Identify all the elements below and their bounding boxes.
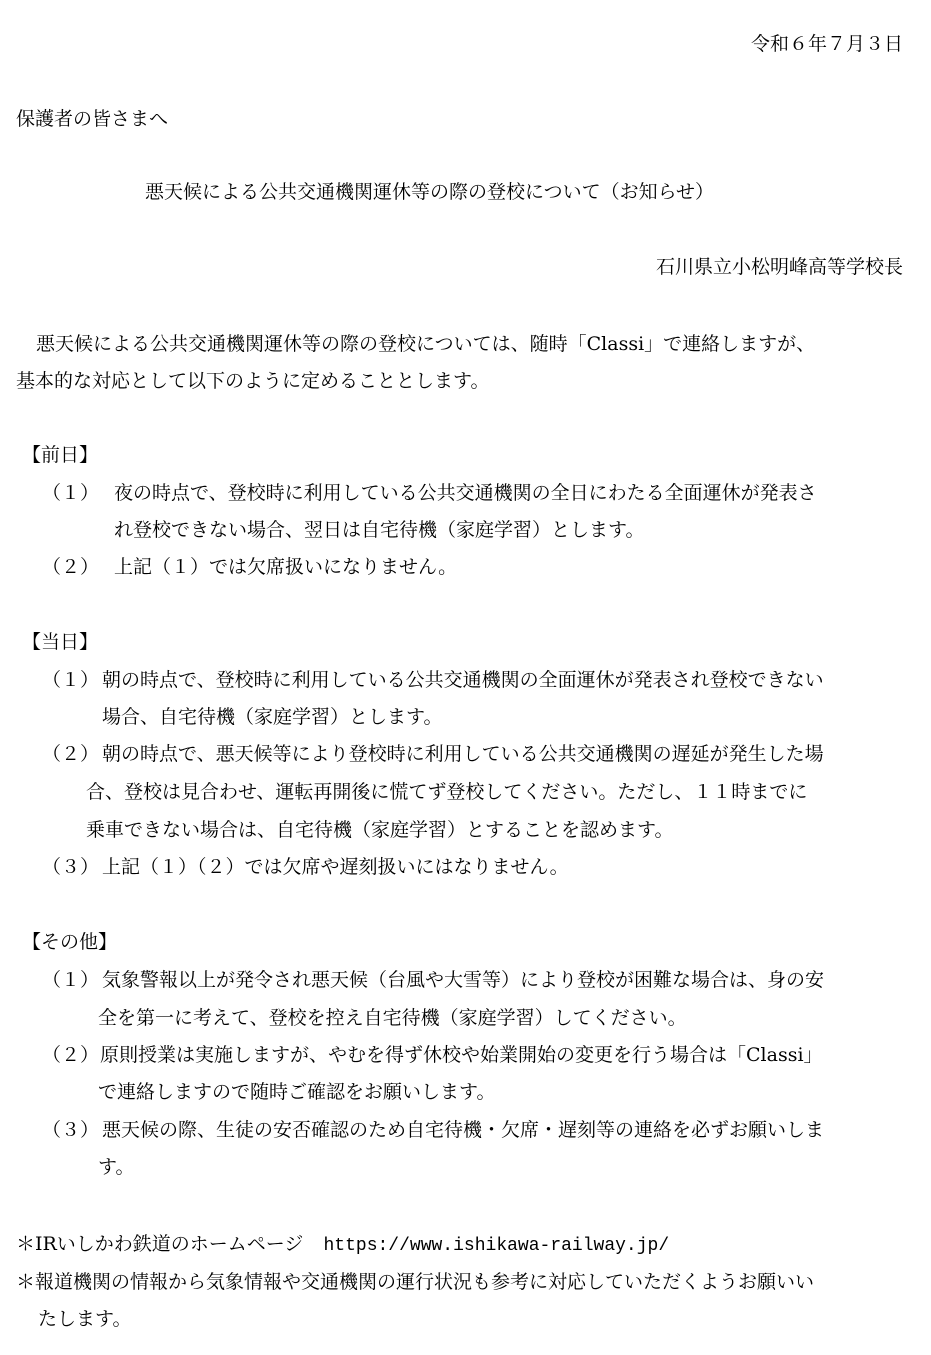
document-date: 令和６年７月３日 <box>751 32 903 56</box>
item-text-line: 原則授業は実施しますが、やむを得ず休校や始業開始の変更を行う場合は「Classi… <box>100 1043 823 1067</box>
item-text-line: 夜の時点で、登校時に利用している公共交通機関の全日にわたる全面運休が発表さ <box>114 481 817 505</box>
note-media-info-line-1: ＊報道機関の情報から気象情報や交通機関の運行状況も参考に対応していただくようお願… <box>16 1270 814 1294</box>
item-text-line: 上記（１）では欠席扱いになりません。 <box>114 555 457 579</box>
item-text-line: 場合、自宅待機（家庭学習）とします。 <box>102 705 442 729</box>
item-number: （１） <box>42 668 99 692</box>
railway-url-link[interactable]: https://www.ishikawa-railway.jp/ <box>323 1236 669 1256</box>
item-text-line: 合、登校は見合わせ、運転再開後に慌てず登校してください。ただし、１１時までに <box>86 780 807 804</box>
item-number: （１） <box>42 968 99 992</box>
addressee: 保護者の皆さまへ <box>16 107 168 131</box>
item-text-line: れ登校できない場合、翌日は自宅待機（家庭学習）とします。 <box>114 518 644 542</box>
item-number: （２） <box>42 1043 99 1067</box>
item-text-line: 朝の時点で、悪天候等により登校時に利用している公共交通機関の遅延が発生した場 <box>102 742 824 766</box>
item-text-line: 乗車できない場合は、自宅待機（家庭学習）とすることを認めます。 <box>86 818 673 842</box>
item-text-line: 全を第一に考えて、登校を控え自宅待機（家庭学習）してください。 <box>98 1006 687 1030</box>
item-text-line: で連絡しますので随時ご確認をお願いします。 <box>98 1080 495 1104</box>
item-number: （１） <box>42 481 99 505</box>
section-heading-previous-day: 【前日】 <box>22 443 98 467</box>
item-text-line: 上記（１）（２）では欠席や遅刻扱いにはなりません。 <box>102 855 569 879</box>
section-heading-other: 【その他】 <box>22 930 117 954</box>
item-number: （３） <box>42 1118 99 1142</box>
item-text-line: 気象警報以上が発令され悪天候（台風や大雪等）により登校が困難な場合は、身の安 <box>102 968 824 992</box>
intro-line-2: 基本的な対応として以下のように定めることとします。 <box>16 369 489 393</box>
item-number: （２） <box>42 555 99 579</box>
note-railway-homepage: ＊IRいしかわ鉄道のホームページ https://www.ishikawa-ra… <box>16 1232 669 1256</box>
item-text-line: 悪天候の際、生徒の安否確認のため自宅待機・欠席・遅刻等の連絡を必ずお願いしま <box>102 1118 824 1142</box>
intro-line-1: 悪天候による公共交通機関運休等の際の登校については、随時「Classi」で連絡し… <box>36 332 815 356</box>
note-media-info-line-2: たします。 <box>38 1307 131 1331</box>
item-text-line: す。 <box>98 1155 134 1179</box>
note-railway-label: ＊IRいしかわ鉄道のホームページ <box>16 1233 303 1255</box>
item-number: （３） <box>42 855 99 879</box>
item-text-line: 朝の時点で、登校時に利用している公共交通機関の全面運休が発表され登校できない <box>102 668 824 692</box>
document-title: 悪天候による公共交通機関運休等の際の登校について（お知らせ） <box>145 180 714 204</box>
sender-name: 石川県立小松明峰高等学校長 <box>656 255 903 279</box>
section-heading-same-day: 【当日】 <box>22 630 98 654</box>
item-number: （２） <box>42 742 99 766</box>
